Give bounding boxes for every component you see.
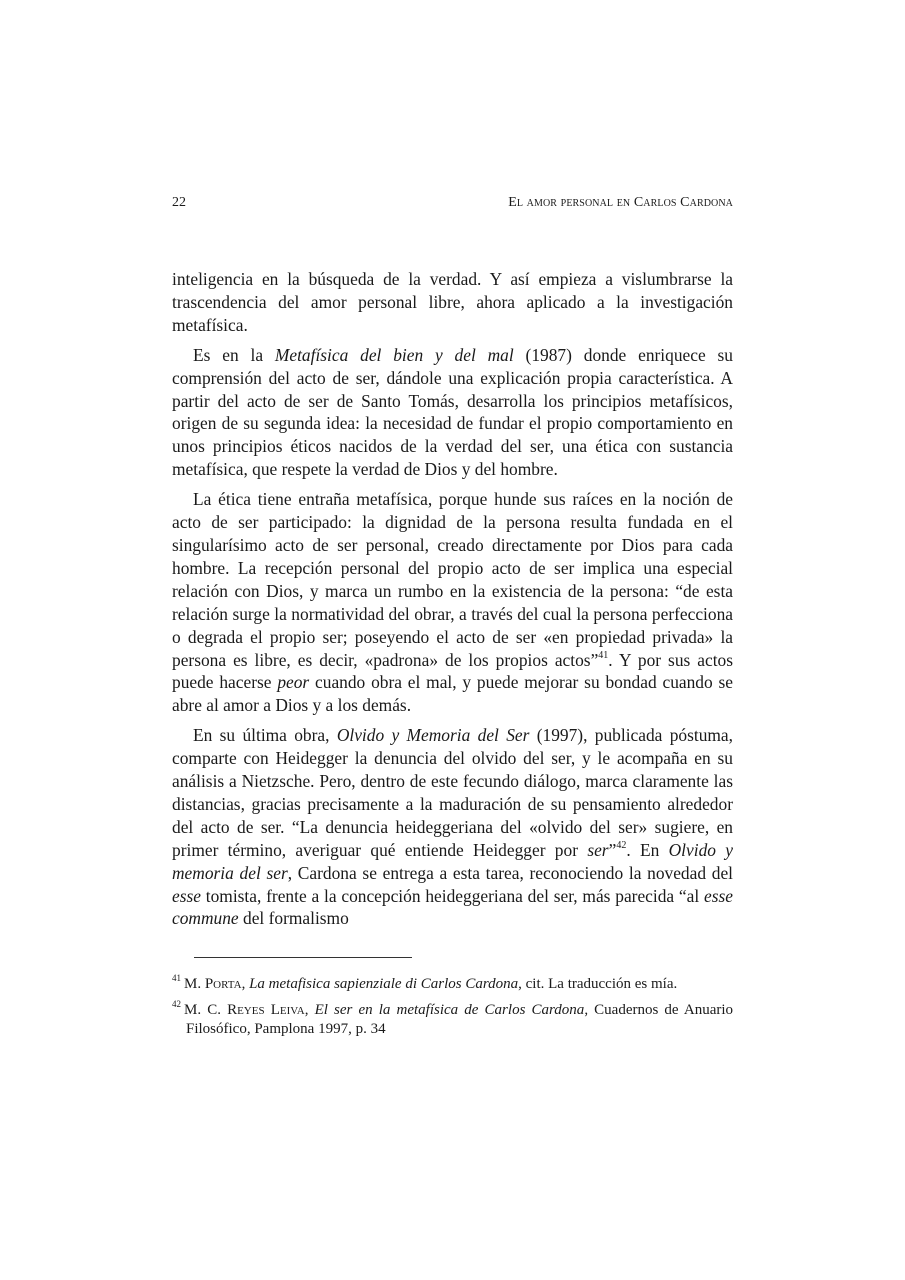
author-initial: M. C. — [184, 1002, 227, 1018]
paragraph-etica: La ética tiene entraña metafísica, porqu… — [172, 488, 733, 717]
footnote-41: 41M. Porta, La metafisica sapienziale di… — [172, 975, 733, 995]
paragraph-text: , Cardona se entrega a esta tarea, recon… — [288, 863, 733, 883]
paragraph-continuation: inteligencia en la búsqueda de la verdad… — [172, 268, 733, 337]
author-surname: Porta — [205, 976, 242, 992]
paragraph-text: Es en la — [193, 345, 275, 365]
paragraph-text: tomista, frente a la concepción heidegge… — [201, 886, 704, 906]
paragraph-text: La ética tiene entraña metafísica, porqu… — [172, 489, 733, 669]
footnote-number: 42 — [172, 999, 181, 1009]
body-text: inteligencia en la búsqueda de la verdad… — [172, 268, 733, 937]
separator: , — [305, 1002, 315, 1018]
book-title: Metafísica del bien y del mal — [275, 345, 514, 365]
footnote-ref-41[interactable]: 41 — [598, 650, 608, 661]
paragraph-metafisica-bien-mal: Es en la Metafísica del bien y del mal (… — [172, 344, 733, 481]
cited-title: La metafisica sapienziale di Carlos Card… — [249, 976, 518, 992]
separator: , — [242, 976, 250, 992]
footnote-42: 42M. C. Reyes Leiva, El ser en la metafí… — [172, 1001, 733, 1040]
emphasis: ser — [587, 840, 608, 860]
citation-rest: , cit. La traducción es mía. — [518, 976, 677, 992]
author-initial: M. — [184, 976, 205, 992]
paragraph-text: En su última obra, — [193, 725, 337, 745]
emphasis: peor — [277, 672, 309, 692]
cited-title: El ser en la metafísica de Carlos Cardon… — [315, 1002, 585, 1018]
paragraph-text: . En — [626, 840, 668, 860]
author-surname: Reyes Leiva — [227, 1002, 305, 1018]
book-title: Olvido y Memoria del Ser — [337, 725, 530, 745]
running-head: 22 El amor personal en Carlos Cardona — [172, 193, 733, 213]
page-number: 22 — [172, 193, 186, 213]
latin-term: esse — [172, 886, 201, 906]
paragraph-text: inteligencia en la búsqueda de la verdad… — [172, 269, 733, 335]
paragraph-olvido-memoria: En su última obra, Olvido y Memoria del … — [172, 724, 733, 930]
running-title: El amor personal en Carlos Cardona — [508, 193, 733, 213]
footnote-separator — [194, 957, 412, 958]
footnotes: 41M. Porta, La metafisica sapienziale di… — [172, 975, 733, 1046]
paragraph-text: del formalismo — [239, 908, 349, 928]
footnote-number: 41 — [172, 973, 181, 983]
footnote-ref-42[interactable]: 42 — [616, 840, 626, 851]
